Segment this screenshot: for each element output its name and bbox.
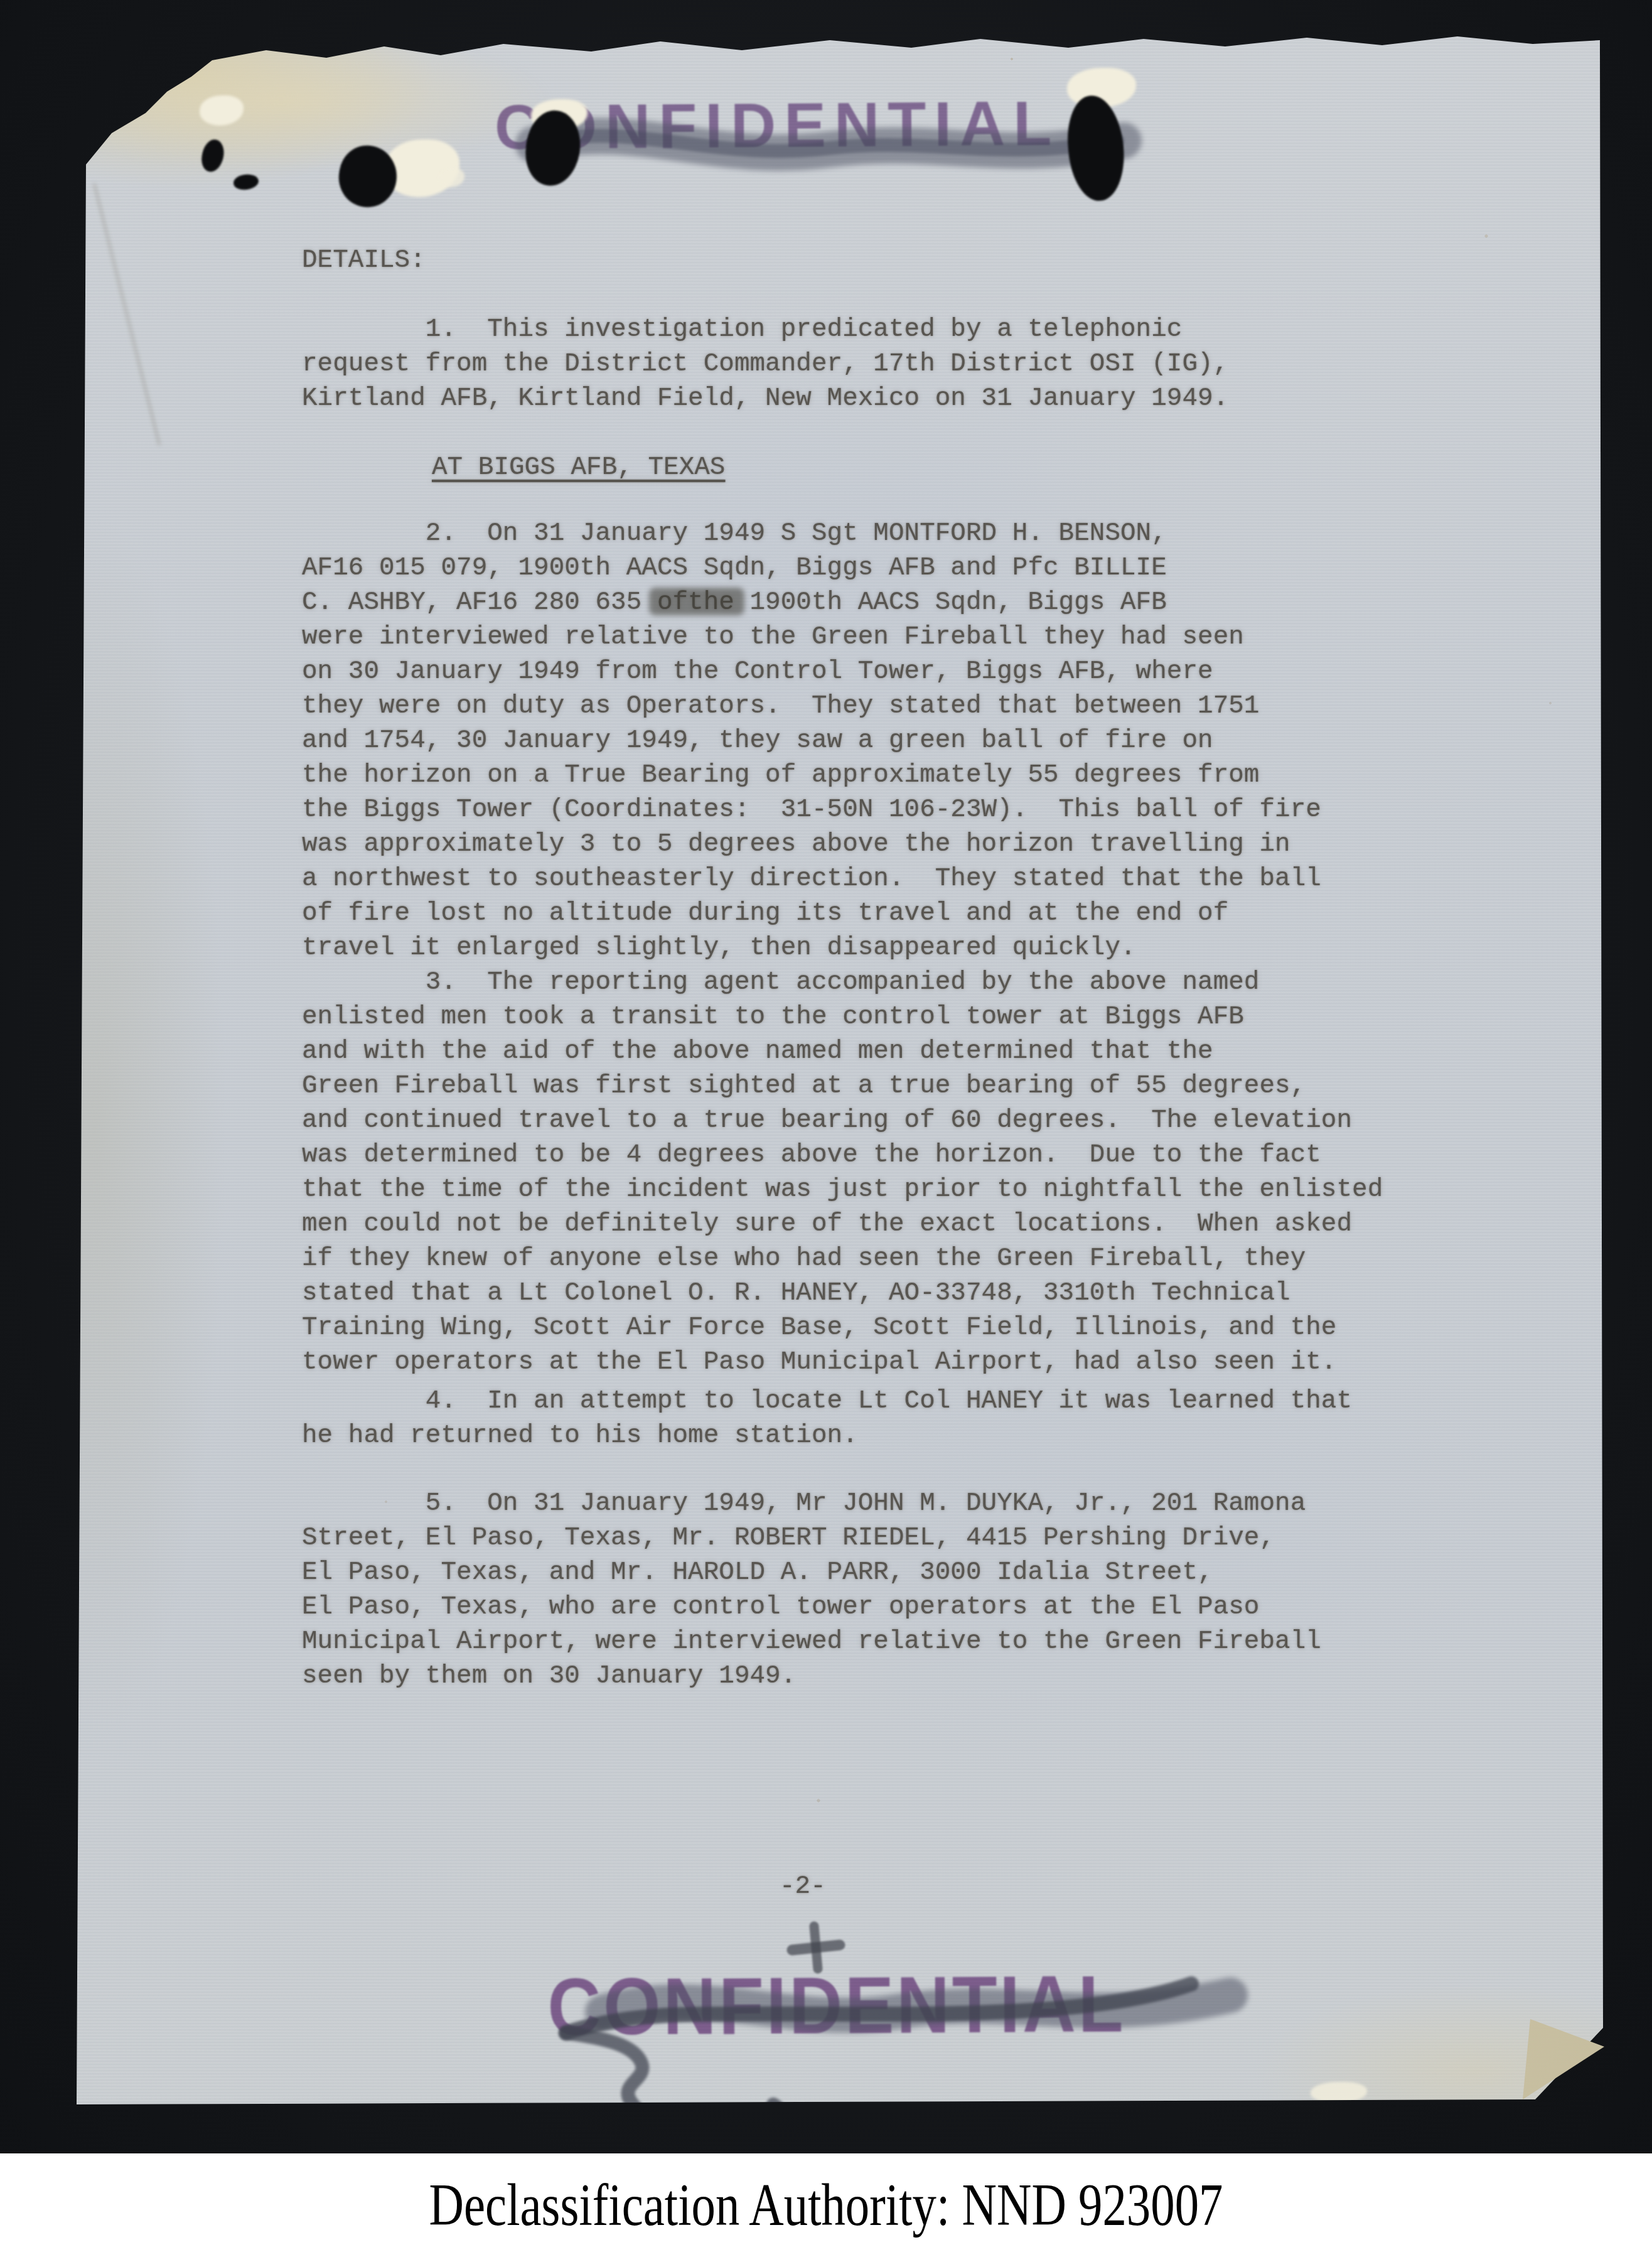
footer-band: Declassification Authority: NND 923007 bbox=[0, 2153, 1652, 2257]
ink-strike-bottom bbox=[0, 0, 1652, 2257]
declassification-note: Declassification Authority: NND 923007 bbox=[165, 2170, 1487, 2239]
scan-mat: CONFIDENTIAL DETAILS: 1. This investigat… bbox=[0, 0, 1652, 2257]
document-page: CONFIDENTIAL DETAILS: 1. This investigat… bbox=[0, 0, 1652, 2257]
